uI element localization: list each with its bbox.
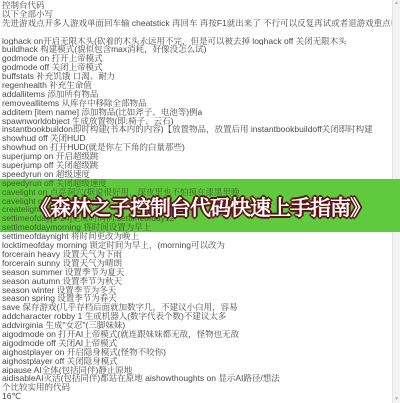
console-line: settimeofdaynight 将时间更改为晚上 xyxy=(0,232,400,241)
console-line xyxy=(0,28,400,37)
console-line: aigodmode off 关闭AI上帝模式 xyxy=(0,339,400,348)
console-line: aipause AI全体(包括同伴)静止原地 xyxy=(0,366,400,375)
console-line: showhud off 关闭HUD xyxy=(0,134,400,143)
console-line: 控制台代码 xyxy=(0,1,400,10)
console-line: speedyrun off 关闭超级速度 xyxy=(0,179,400,188)
console-line: buildhack 构建模式(貌似包含max消耗，好像没怎么试) xyxy=(0,45,400,54)
console-line: addcharacter robby 1 生成机器人(数字代表个数)不建议太多 xyxy=(0,312,400,321)
console-line: spawnworldobject 生成放置物(即:椅子、云石) xyxy=(0,117,400,126)
console-line: 个比较实用的代码 xyxy=(0,383,400,392)
console-line: season summer 设置季节为夏天 xyxy=(0,268,400,277)
console-line: superjump on 开启超级跳 xyxy=(0,152,400,161)
console-line: save 保存游戏(几乎存档后面就加数字几，不建议小白用，容易 xyxy=(0,303,400,312)
console-line: aigodmode on 打开AI上帝模式(就连跟妹妹都无敌，怪物也无敌 xyxy=(0,330,400,339)
console-line: 以下全部小写 xyxy=(0,10,400,19)
console-line: 先进游戏点开多人游戏单面回车输 cheatstick 再回车 再按F1就出来了 … xyxy=(0,19,400,28)
title-overlay: 《森林之子控制台代码快速上手指南》 xyxy=(0,192,400,222)
console-line: forcerain heavy 设置天气为下雨 xyxy=(0,250,400,259)
console-line: settimeofdaymorning 将时间设置为早上 xyxy=(0,223,400,232)
console-line: season winter 设置季节为冬天 xyxy=(0,286,400,295)
console-line: addvirginia 生成"女忍"(三脚妹妹) xyxy=(0,321,400,330)
scroll-down-icon[interactable]: ▼ xyxy=(393,396,400,403)
page: 控制台代码以下全部小写先进游戏点开多人游戏单面回车输 cheatstick 再回… xyxy=(0,0,400,403)
console-line: addallitems 添加所有物品 xyxy=(0,90,400,99)
console-line: godmode off 关闭上帝模式 xyxy=(0,63,400,72)
console-line: additem [item name] 添加物品(比如斧子、电池等)例a xyxy=(0,108,400,117)
console-line: forcerain sunny 设置天气为晴朗 xyxy=(0,259,400,268)
console-line: showhud on 打开HUD(就是你左下角的白量那些) xyxy=(0,143,400,152)
console-line: loghack on开启无限木头(砍着的木头永远用不完，但是可以被去掉 logh… xyxy=(0,37,400,46)
console-line: instantbookbuildon即时构建(书本内的内容)【放置物品，放置后用… xyxy=(0,125,400,134)
console-line: locktimeofday morning 锁定时间为早上，(morning可以… xyxy=(0,241,400,250)
console-line: speedyrun on 超级速度 xyxy=(0,170,400,179)
console-line: aighostplayer off 关闭隐身模式 xyxy=(0,357,400,366)
console-line: godmode on 打开上帝模式 xyxy=(0,54,400,63)
console-line: aighostplayer on 开启隐身模式(怪物不咬你) xyxy=(0,348,400,357)
scroll-up-icon[interactable]: ▲ xyxy=(393,0,400,7)
console-line: regenhealth 补充生命值 xyxy=(0,81,400,90)
console-line: aidisableAI灭活(包括同伴)都站在原地 aishowthoughts … xyxy=(0,374,400,383)
console-line: season autumn 设置季节为秋天 xyxy=(0,277,400,286)
console-line: season spring 设置季节为春天 xyxy=(0,294,400,303)
console-line: superjump off 关闭超级跳 xyxy=(0,161,400,170)
console-line: buffstats 补充饥饿 口渴、耐力 xyxy=(0,72,400,81)
console-line: removeallitems 从库存中移除全部物品 xyxy=(0,99,400,108)
console-line: 16℃ xyxy=(0,392,400,401)
